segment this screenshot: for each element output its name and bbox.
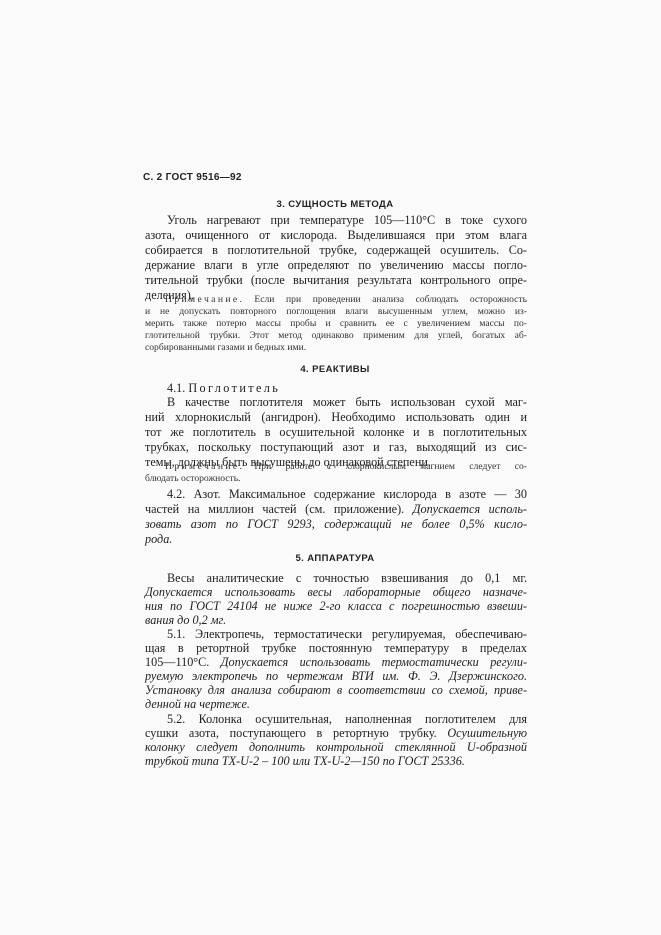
- text-line: денной на чертеже.: [145, 697, 527, 712]
- text-italic: Допускается использовать термостатически…: [221, 655, 527, 669]
- section-3-heading: 3. СУЩНОСТЬ МЕТОДА: [140, 199, 530, 210]
- text-italic: Допускается использовать весы лабораторн…: [145, 585, 527, 599]
- text-line: трубках, поскольку поступающий азот и га…: [145, 440, 527, 455]
- text-normal: 5.2. Колонка осушительная, наполненная п…: [167, 712, 527, 726]
- section-4-heading: 4. РЕАКТИВЫ: [140, 364, 530, 375]
- note-text: При работе с хлорнокислым магнием следуе…: [254, 461, 527, 474]
- text-line: ния по ГОСТ 24104 не ниже 2-го класса с …: [145, 599, 527, 614]
- text-line: Допускается использовать весы лабораторн…: [145, 585, 527, 600]
- text-line: трубкой типа ТХ-U-2 – 100 или ТХ-U-2—150…: [145, 754, 527, 769]
- subsection-number: 4.1.: [167, 381, 185, 395]
- text-italic: руемую электропечь по чертежам ВТИ им. Ф…: [145, 669, 527, 683]
- subsection-4-1-title: 4.1. Поглотитель: [167, 381, 527, 396]
- running-header: С. 2 ГОСТ 9516—92: [143, 172, 242, 183]
- text-line: зовать азот по ГОСТ 9293, содержащий не …: [145, 517, 527, 532]
- text-line: Установку для анализа собирают в соответ…: [145, 683, 527, 698]
- text-line: 5.2. Колонка осушительная, наполненная п…: [167, 712, 527, 727]
- text-line: 5.1. Электропечь, термостатически регули…: [167, 627, 527, 642]
- note-text: Если при проведении анализа соблюдать ос…: [254, 294, 527, 307]
- document-page: С. 2 ГОСТ 9516—92 3. СУЩНОСТЬ МЕТОДА Уго…: [0, 0, 661, 935]
- text-line: вания до 0,2 мг.: [145, 613, 527, 628]
- text-line: собирается в поглотительной трубке, соде…: [145, 243, 527, 258]
- note-line: мерить также потерю массы пробы и сравни…: [145, 318, 527, 331]
- text-line: 4.2. Азот. Максимальное содержание кисло…: [167, 487, 527, 502]
- text-italic: ния по ГОСТ 24104 не ниже 2-го класса с …: [145, 599, 527, 613]
- text-italic: Осушительную: [447, 726, 527, 740]
- text-italic: зовать азот по ГОСТ 9293, содержащий не …: [145, 517, 527, 531]
- text-line: сушки азота, поступающего в ретортную тр…: [145, 726, 527, 741]
- text-italic: Установку для анализа собирают в соответ…: [145, 683, 527, 697]
- text-italic: Допускается исполь-: [413, 502, 527, 516]
- note-label: Примечание.: [165, 294, 244, 307]
- text-line: колонку следует дополнить контрольной ст…: [145, 740, 527, 755]
- text-normal: частей на миллион частей (см. приложение…: [145, 502, 413, 516]
- text-normal: 4.2. Азот. Максимальное содержание кисло…: [167, 487, 527, 501]
- note-line: блюдать осторожность.: [145, 473, 527, 486]
- text-normal: Весы аналитические с точностью взвешиван…: [167, 571, 527, 585]
- text-line: Весы аналитические с точностью взвешиван…: [167, 571, 527, 586]
- note-line: сорбированными газами и бедных ими.: [145, 342, 527, 355]
- text-line: частей на миллион частей (см. приложение…: [145, 502, 527, 517]
- subsection-title: Поглотитель: [188, 381, 280, 395]
- text-line: руемую электропечь по чертежам ВТИ им. Ф…: [145, 669, 527, 684]
- note-first-line: Примечание. При работе с хлорнокислым ма…: [165, 461, 527, 474]
- text-italic: трубкой типа ТХ-U-2 – 100 или ТХ-U-2—150…: [145, 754, 465, 768]
- text-line: держание влаги в угле определяют по увел…: [145, 258, 527, 273]
- text-normal: 5.1. Электропечь, термостатически регули…: [167, 627, 527, 641]
- text-italic: колонку следует дополнить контрольной ст…: [145, 740, 527, 754]
- text-line: ний хлорнокислый (ангидрон). Необходимо …: [145, 410, 527, 425]
- text-italic: рода.: [145, 532, 172, 546]
- text-line: азота, очищенного от кислорода. Выделивш…: [145, 228, 527, 243]
- section-5-heading: 5. АППАРАТУРА: [140, 553, 530, 564]
- text-italic: вания до 0,2 мг.: [145, 613, 226, 627]
- text-line: тот же поглотитель в осушительной колонк…: [145, 425, 527, 440]
- text-line: рода.: [145, 532, 527, 547]
- text-normal: 105—110°С.: [145, 655, 221, 669]
- text-line: В качестве поглотителя может быть исполь…: [167, 395, 527, 410]
- text-normal: сушки азота, поступающего в ретортную тр…: [145, 726, 447, 740]
- text-italic: денной на чертеже.: [145, 697, 250, 711]
- text-line: 105—110°С. Допускается использовать терм…: [145, 655, 527, 670]
- text-line: тительной трубки (после вычитания резуль…: [145, 273, 527, 288]
- text-line: щая в ретортной трубке постоянную темпер…: [145, 641, 527, 656]
- text-normal: щая в ретортной трубке постоянную темпер…: [145, 641, 527, 655]
- note-first-line: Примечание. Если при проведении анализа …: [165, 294, 527, 307]
- note-label: Примечание.: [165, 461, 244, 474]
- note-line: и не допускать повторного поглощения вла…: [145, 306, 527, 319]
- text-line: Уголь нагревают при температуре 105—110°…: [167, 213, 527, 228]
- note-line: глотительной трубки. Этот метод одинаков…: [145, 330, 527, 343]
